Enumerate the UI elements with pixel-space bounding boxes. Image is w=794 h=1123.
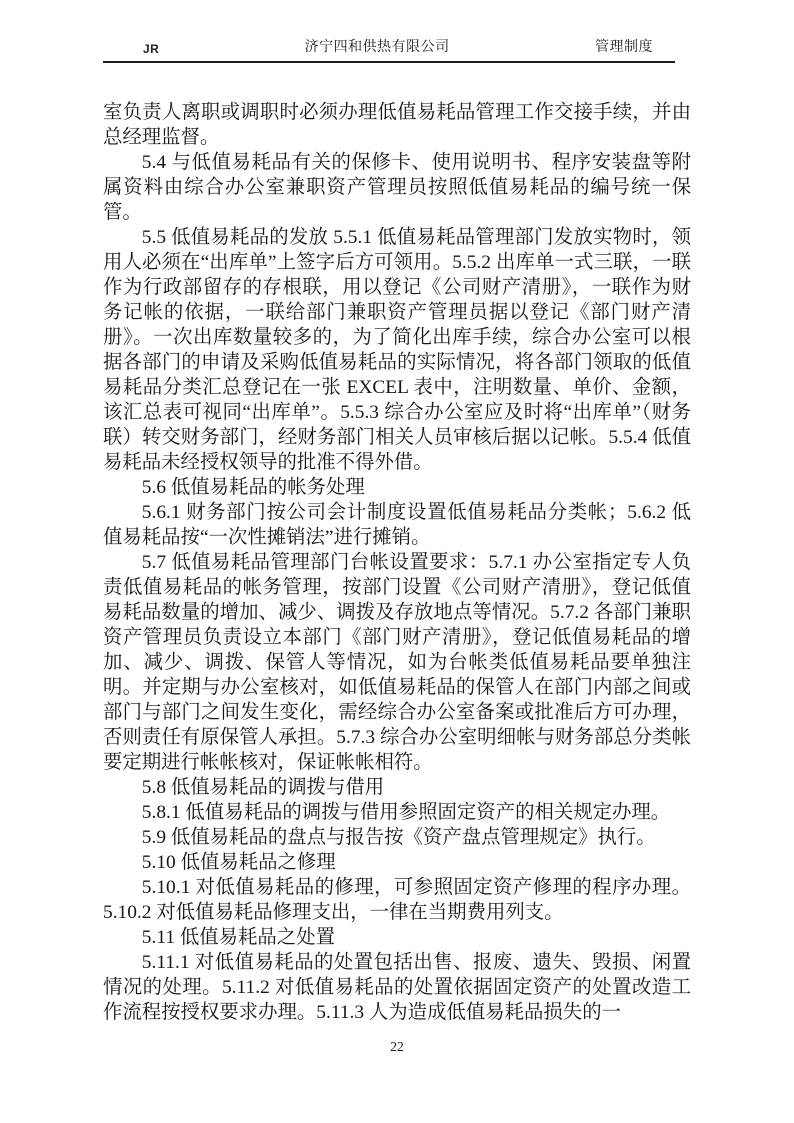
paragraph: 5.5 低值易耗品的发放 5.5.1 低值易耗品管理部门发放实物时，领用人必须在… [103,225,691,475]
paragraph: 5.8.1 低值易耗品的调拨与借用参照固定资产的相关规定办理。 [103,800,691,825]
company-logo: JR [143,42,159,56]
paragraph: 5.10 低值易耗品之修理 [103,850,691,875]
document-body: 室负责人离职或调职时必须办理低值易耗品管理工作交接手续，并由总经理监督。5.4 … [103,100,691,1025]
paragraph: 5.8 低值易耗品的调拨与借用 [103,775,691,800]
page-number: 22 [390,1039,404,1054]
paragraph: 5.4 与低值易耗品有关的保修卡、使用说明书、程序安装盘等附属资料由综合办公室兼… [103,150,691,225]
paragraph: 5.9 低值易耗品的盘点与报告按《资产盘点管理规定》执行。 [103,825,691,850]
paragraph: 5.11.1 对低值易耗品的处置包括出售、报废、遗失、毁损、闲置情况的处理。5.… [103,950,691,1025]
document-page: JR 济宁四和供热有限公司 管理制度 室负责人离职或调职时必须办理低值易耗品管理… [0,0,794,1123]
paragraph: 5.10.1 对低值易耗品的修理，可参照固定资产修理的程序办理。5.10.2 对… [103,875,691,925]
paragraph: 5.6 低值易耗品的帐务处理 [103,475,691,500]
paragraph: 5.6.1 财务部门按公司会计制度设置低值易耗品分类帐；5.6.2 低值易耗品按… [103,500,691,550]
paragraph: 5.11 低值易耗品之处置 [103,925,691,950]
page-header: JR 济宁四和供热有限公司 管理制度 [103,36,675,63]
header-company-name: 济宁四和供热有限公司 [305,36,450,56]
paragraph: 5.7 低值易耗品管理部门台帐设置要求：5.7.1 办公室指定专人负责低值易耗品… [103,550,691,775]
page-footer: 22 [0,1038,794,1056]
header-doc-type: 管理制度 [595,36,653,56]
paragraph: 室负责人离职或调职时必须办理低值易耗品管理工作交接手续，并由总经理监督。 [103,100,691,150]
